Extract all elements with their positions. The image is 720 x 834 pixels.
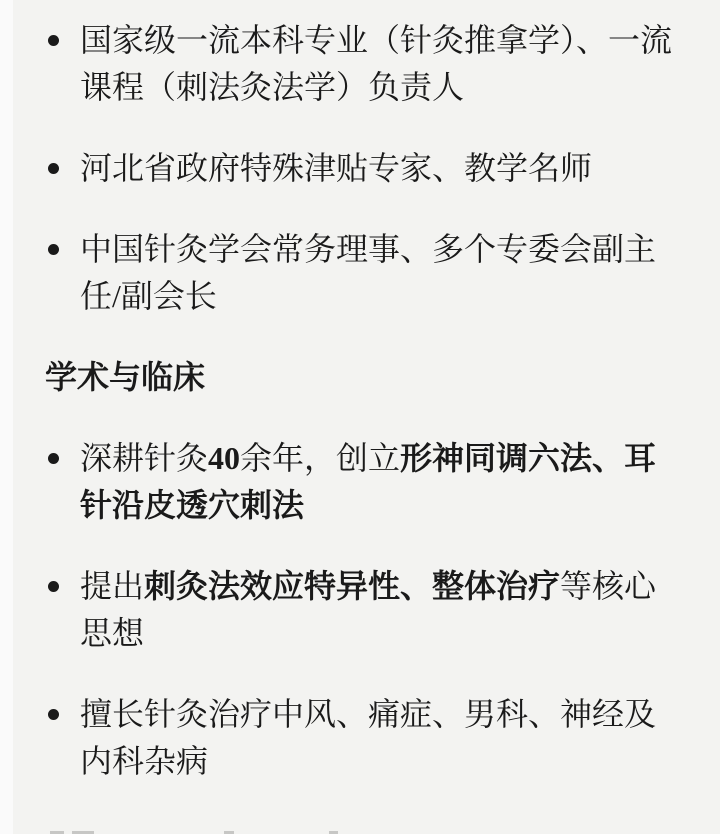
bullet-icon: [48, 453, 59, 464]
academic-clinical-list: 深耕针灸40余年，创立形神同调六法、耳针沿皮透穴刺法提出刺灸法效应特异性、整体治…: [45, 435, 680, 785]
text-segment: 中国针灸学会常务理事、多个专委会副主任/副会长: [80, 231, 656, 314]
emphasized-text: 刺灸法效应特异性、整体治疗: [144, 568, 560, 604]
list-item: 深耕针灸40余年，创立形神同调六法、耳针沿皮透穴刺法: [45, 435, 680, 529]
text-segment: 擅长针灸治疗中风、痛症、男科、神经及内科杂病: [80, 696, 656, 779]
bullet-icon: [48, 244, 59, 255]
left-margin-strip: [0, 0, 13, 834]
list-item: 国家级一流本科专业（针灸推拿学）、一流课程（刺法灸法学）负责人: [45, 17, 680, 111]
list-item: 河北省政府特殊津贴专家、教学名师: [45, 145, 680, 192]
text-segment: 河北省政府特殊津贴专家、教学名师: [80, 150, 592, 186]
bullet-icon: [48, 35, 59, 46]
credentials-list: 国家级一流本科专业（针灸推拿学）、一流课程（刺法灸法学）负责人河北省政府特殊津贴…: [45, 17, 680, 320]
list-item: 提出刺灸法效应特异性、整体治疗等核心思想: [45, 563, 680, 657]
content-area: 国家级一流本科专业（针灸推拿学）、一流课程（刺法灸法学）负责人河北省政府特殊津贴…: [13, 0, 720, 834]
bullet-icon: [48, 581, 59, 592]
section-heading: 学术与临床: [45, 354, 680, 401]
text-segment: 提出: [80, 568, 144, 604]
list-item: 擅长针灸治疗中风、痛症、男科、神经及内科杂病: [45, 691, 680, 785]
text-segment: 国家级一流本科专业（针灸推拿学）、一流课程（刺法灸法学）负责人: [80, 22, 672, 105]
text-segment: 深耕针灸: [80, 440, 208, 476]
bullet-icon: [48, 163, 59, 174]
bullet-icon: [48, 709, 59, 720]
text-segment: 余年，创立: [240, 440, 400, 476]
list-item: 中国针灸学会常务理事、多个专委会副主任/副会长: [45, 226, 680, 320]
emphasized-text: 40: [208, 440, 240, 476]
